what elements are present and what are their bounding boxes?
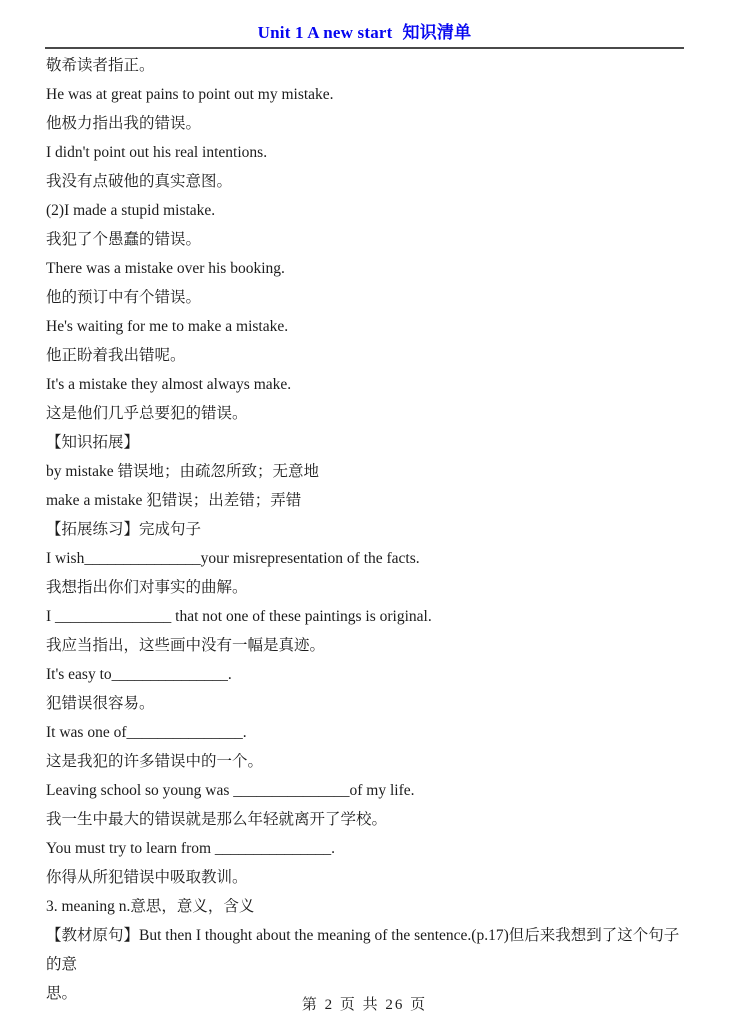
- text-line: Leaving school so young was ____________…: [46, 776, 684, 805]
- text-line: 我一生中最大的错误就是那么年轻就离开了学校。: [46, 805, 684, 834]
- text-line: 犯错误很容易。: [46, 689, 684, 718]
- text-line: 这是他们几乎总要犯的错误。: [46, 399, 684, 428]
- text-line: 我没有点破他的真实意图。: [46, 167, 684, 196]
- text-line: He was at great pains to point out my mi…: [46, 80, 684, 109]
- text-line: I didn't point out his real intentions.: [46, 138, 684, 167]
- page-title-chinese: 知识清单: [403, 23, 472, 42]
- text-line: 【拓展练习】完成句子: [46, 515, 684, 544]
- header-divider: [45, 47, 684, 49]
- text-line: 你得从所犯错误中吸取教训。: [46, 863, 684, 892]
- text-line: by mistake 错误地；由疏忽所致；无意地: [46, 457, 684, 486]
- text-line: You must try to learn from _____________…: [46, 834, 684, 863]
- text-line: 3. meaning n.意思，意义，含义: [46, 892, 684, 921]
- page-title: Unit 1 A new start知识清单: [45, 18, 684, 43]
- text-line: (2)I made a stupid mistake.: [46, 196, 684, 225]
- text-line: I _______________ that not one of these …: [46, 602, 684, 631]
- text-line: It's easy to_______________.: [46, 660, 684, 689]
- text-line: 敬希读者指正。: [46, 51, 684, 80]
- text-line: 我应当指出，这些画中没有一幅是真迹。: [46, 631, 684, 660]
- text-line: I wish_______________your misrepresentat…: [46, 544, 684, 573]
- text-line: It's a mistake they almost always make.: [46, 370, 684, 399]
- text-line: He's waiting for me to make a mistake.: [46, 312, 684, 341]
- document-body: 敬希读者指正。He was at great pains to point ou…: [46, 51, 684, 1008]
- text-line: 他极力指出我的错误。: [46, 109, 684, 138]
- page-title-english: Unit 1 A new start: [258, 23, 393, 42]
- text-line: 他的预订中有个错误。: [46, 283, 684, 312]
- document-page: Unit 1 A new start知识清单 敬希读者指正。He was at …: [0, 0, 729, 1024]
- text-line: 我想指出你们对事实的曲解。: [46, 573, 684, 602]
- page-number-footer: 第 2 页 共 26 页: [45, 993, 684, 1017]
- text-line: 【教材原句】But then I thought about the meani…: [46, 921, 684, 979]
- text-line: It was one of_______________.: [46, 718, 684, 747]
- text-line: There was a mistake over his booking.: [46, 254, 684, 283]
- text-line: make a mistake 犯错误；出差错；弄错: [46, 486, 684, 515]
- text-line: 这是我犯的许多错误中的一个。: [46, 747, 684, 776]
- text-line: 【知识拓展】: [46, 428, 684, 457]
- text-line: 我犯了个愚蠢的错误。: [46, 225, 684, 254]
- text-line: 他正盼着我出错呢。: [46, 341, 684, 370]
